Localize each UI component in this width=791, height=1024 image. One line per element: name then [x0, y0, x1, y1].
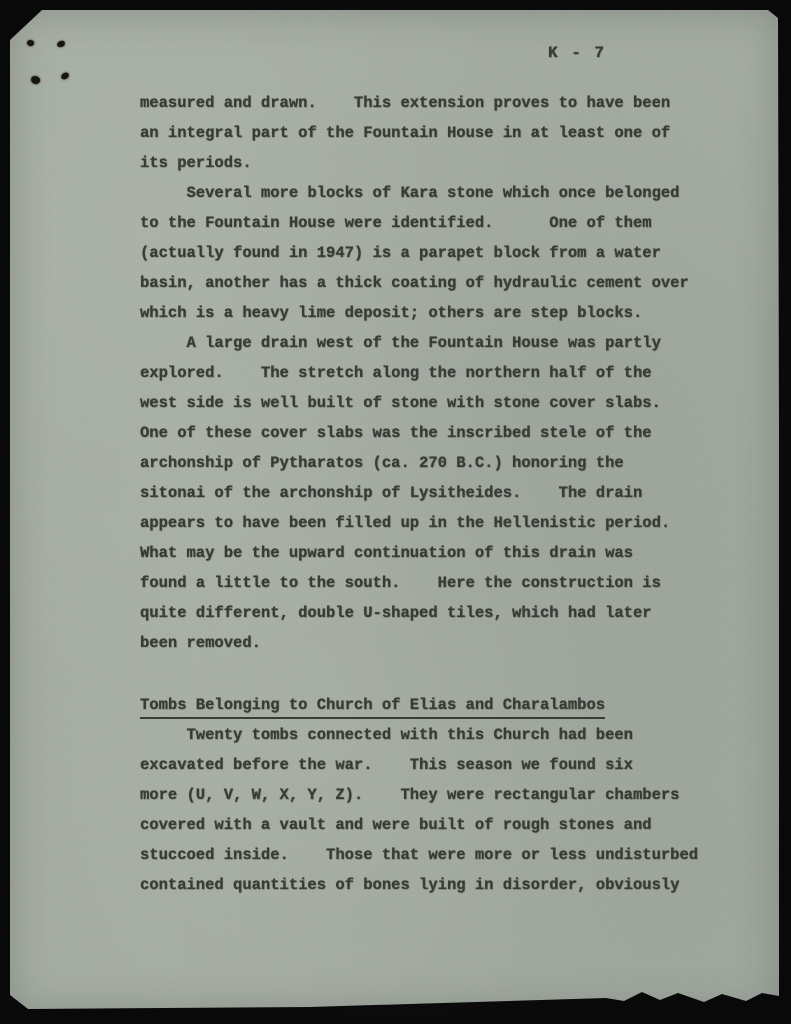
- scan-background: K - 7 measured and drawn. This extension…: [0, 0, 791, 1024]
- section-heading: Tombs Belonging to Church of Elias and C…: [140, 693, 605, 719]
- typewritten-line: been removed.: [140, 628, 720, 658]
- typewritten-line: which is a heavy lime deposit; others ar…: [140, 298, 720, 328]
- typewritten-line: quite different, double U-shaped tiles, …: [140, 598, 720, 628]
- typewritten-line: more (U, V, W, X, Y, Z). They were recta…: [140, 780, 720, 810]
- typewritten-line: What may be the upward continuation of t…: [140, 538, 720, 568]
- punch-hole: [56, 40, 65, 48]
- typewritten-line: One of these cover slabs was the inscrib…: [140, 418, 720, 448]
- typewritten-line: sitonai of the archonship of Lysitheides…: [140, 478, 720, 508]
- paper-sheet: K - 7 measured and drawn. This extension…: [10, 10, 779, 1012]
- typewritten-line: Twenty tombs connected with this Church …: [140, 720, 720, 750]
- typewritten-line: an integral part of the Fountain House i…: [140, 118, 720, 148]
- punch-hole: [26, 39, 35, 47]
- typewritten-line: west side is well built of stone with st…: [140, 388, 720, 418]
- punch-hole: [60, 72, 70, 81]
- typewritten-line: (actually found in 1947) is a parapet bl…: [140, 238, 720, 268]
- typewritten-line: to the Fountain House were identified. O…: [140, 208, 720, 238]
- punch-hole: [30, 74, 42, 86]
- section-heading-line: Tombs Belonging to Church of Elias and C…: [140, 690, 720, 720]
- typewritten-line: contained quantities of bones lying in d…: [140, 870, 720, 900]
- typewritten-text-block: measured and drawn. This extension prove…: [140, 88, 720, 900]
- typewritten-line: its periods.: [140, 148, 720, 178]
- typewritten-line: stuccoed inside. Those that were more or…: [140, 840, 720, 870]
- typewritten-line: appears to have been filled up in the He…: [140, 508, 720, 538]
- typewritten-line: A large drain west of the Fountain House…: [140, 328, 720, 358]
- typewritten-line: Several more blocks of Kara stone which …: [140, 178, 720, 208]
- typewritten-line: excavated before the war. This season we…: [140, 750, 720, 780]
- typewritten-line: basin, another has a thick coating of hy…: [140, 268, 720, 298]
- typewritten-line: explored. The stretch along the northern…: [140, 358, 720, 388]
- typewritten-line: archonship of Pytharatos (ca. 270 B.C.) …: [140, 448, 720, 478]
- page-number: K - 7: [548, 44, 606, 62]
- typewritten-line: covered with a vault and were built of r…: [140, 810, 720, 840]
- typewritten-line: measured and drawn. This extension prove…: [140, 88, 720, 118]
- typewritten-line: found a little to the south. Here the co…: [140, 568, 720, 598]
